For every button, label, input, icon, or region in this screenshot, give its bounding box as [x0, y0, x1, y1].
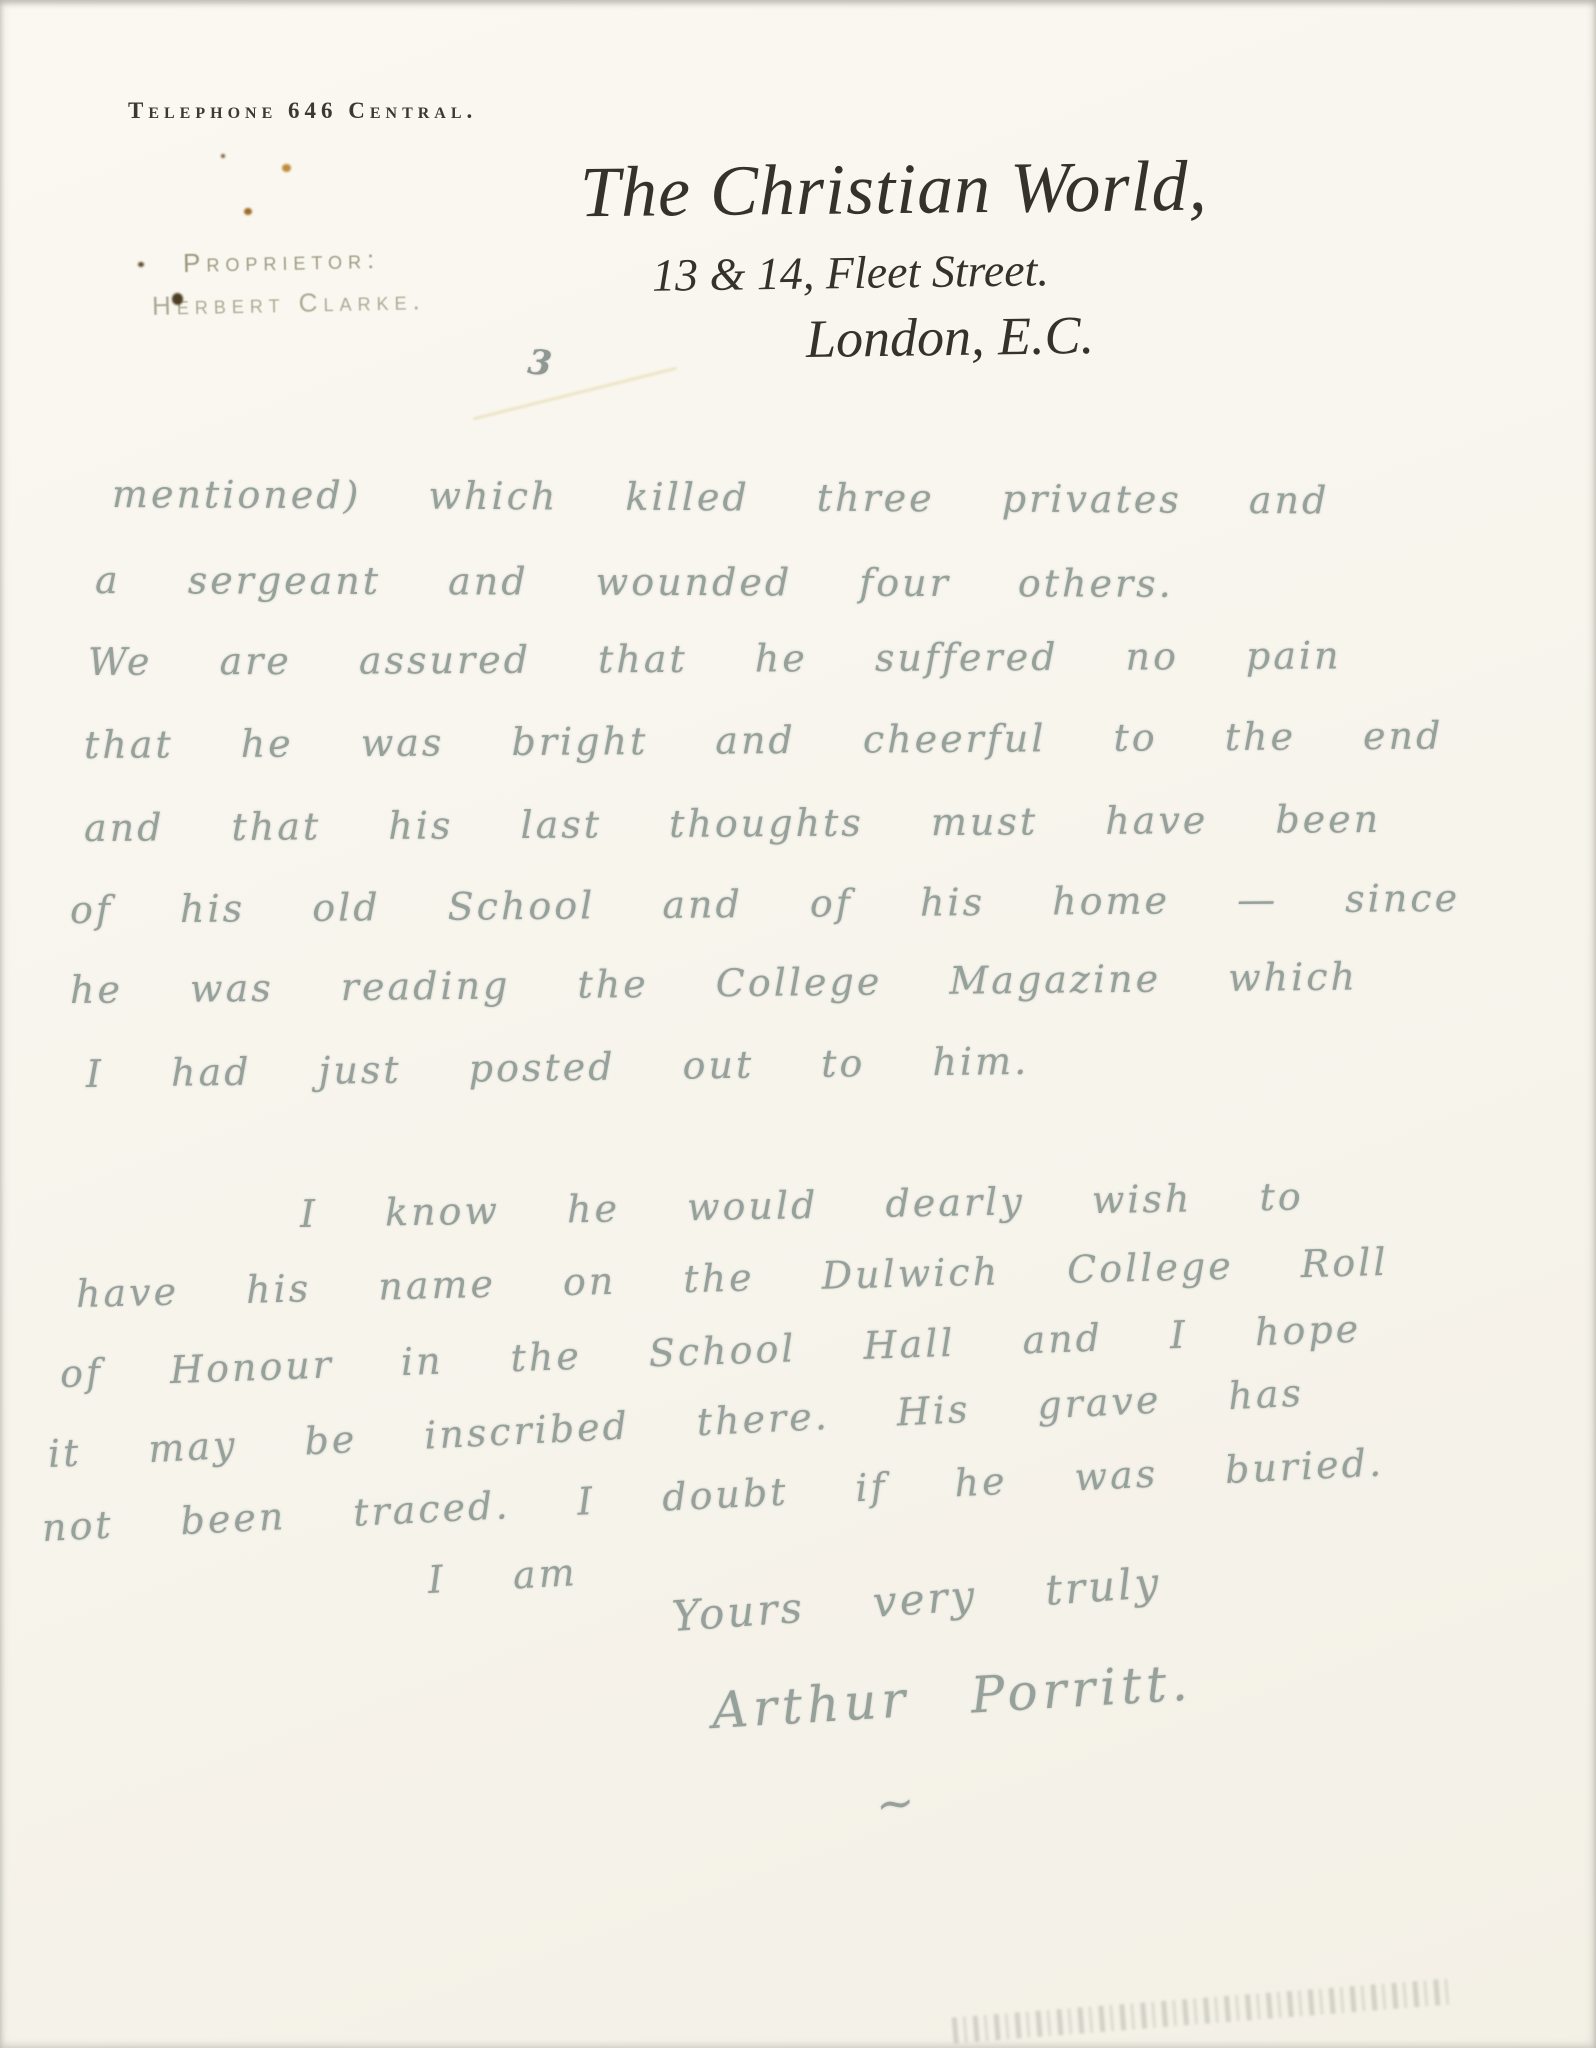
handwriting-line: he was reading the College Magazine whic…: [70, 955, 1358, 1012]
handwriting-line: mentioned) which killed three privates a…: [112, 472, 1330, 522]
handwriting-line: I had just posted out to him.: [86, 1039, 1030, 1096]
fox-spot: [172, 293, 183, 305]
masthead-title: The Christian World,: [580, 145, 1208, 235]
proprietor-stamp-line1: Proprietor:: [183, 244, 381, 279]
handwriting-line: and that his last thoughts must have bee…: [84, 797, 1381, 850]
closing-valediction: Yours very truly: [670, 1558, 1163, 1641]
address-city: London, E.C.: [806, 304, 1095, 370]
page-number: 3: [526, 342, 557, 385]
telephone-line: Telephone 646 Central.: [128, 98, 477, 124]
bottom-print-artifact: [952, 1978, 1452, 2043]
handwriting-line: of his old School and of his home — sinc…: [70, 876, 1460, 932]
handwriting-line: We are assured that he suffered no pain: [88, 633, 1342, 684]
closing-i-am: I am: [427, 1550, 579, 1602]
fox-spot: [244, 208, 252, 215]
signature: Arthur Porritt.: [710, 1654, 1193, 1740]
proprietor-stamp-line2: Herbert Clarke.: [152, 285, 426, 322]
letter-page: Telephone 646 Central. Proprietor: Herbe…: [0, 0, 1596, 2048]
handwriting-line: I know he would dearly wish to: [300, 1174, 1304, 1236]
paper-scratch: [473, 367, 677, 421]
handwriting-line: a sergeant and wounded four others.: [95, 558, 1174, 606]
signature-flourish: ~: [873, 1774, 920, 1832]
handwriting-line: have his name on the Dulwich College Rol…: [75, 1240, 1389, 1316]
fox-spot: [221, 154, 225, 158]
fox-spot: [282, 164, 291, 172]
handwriting-line: that he was bright and cheerful to the e…: [84, 714, 1444, 767]
address-street: 13 & 14, Fleet Street.: [652, 243, 1050, 302]
fox-spot: [138, 262, 144, 267]
